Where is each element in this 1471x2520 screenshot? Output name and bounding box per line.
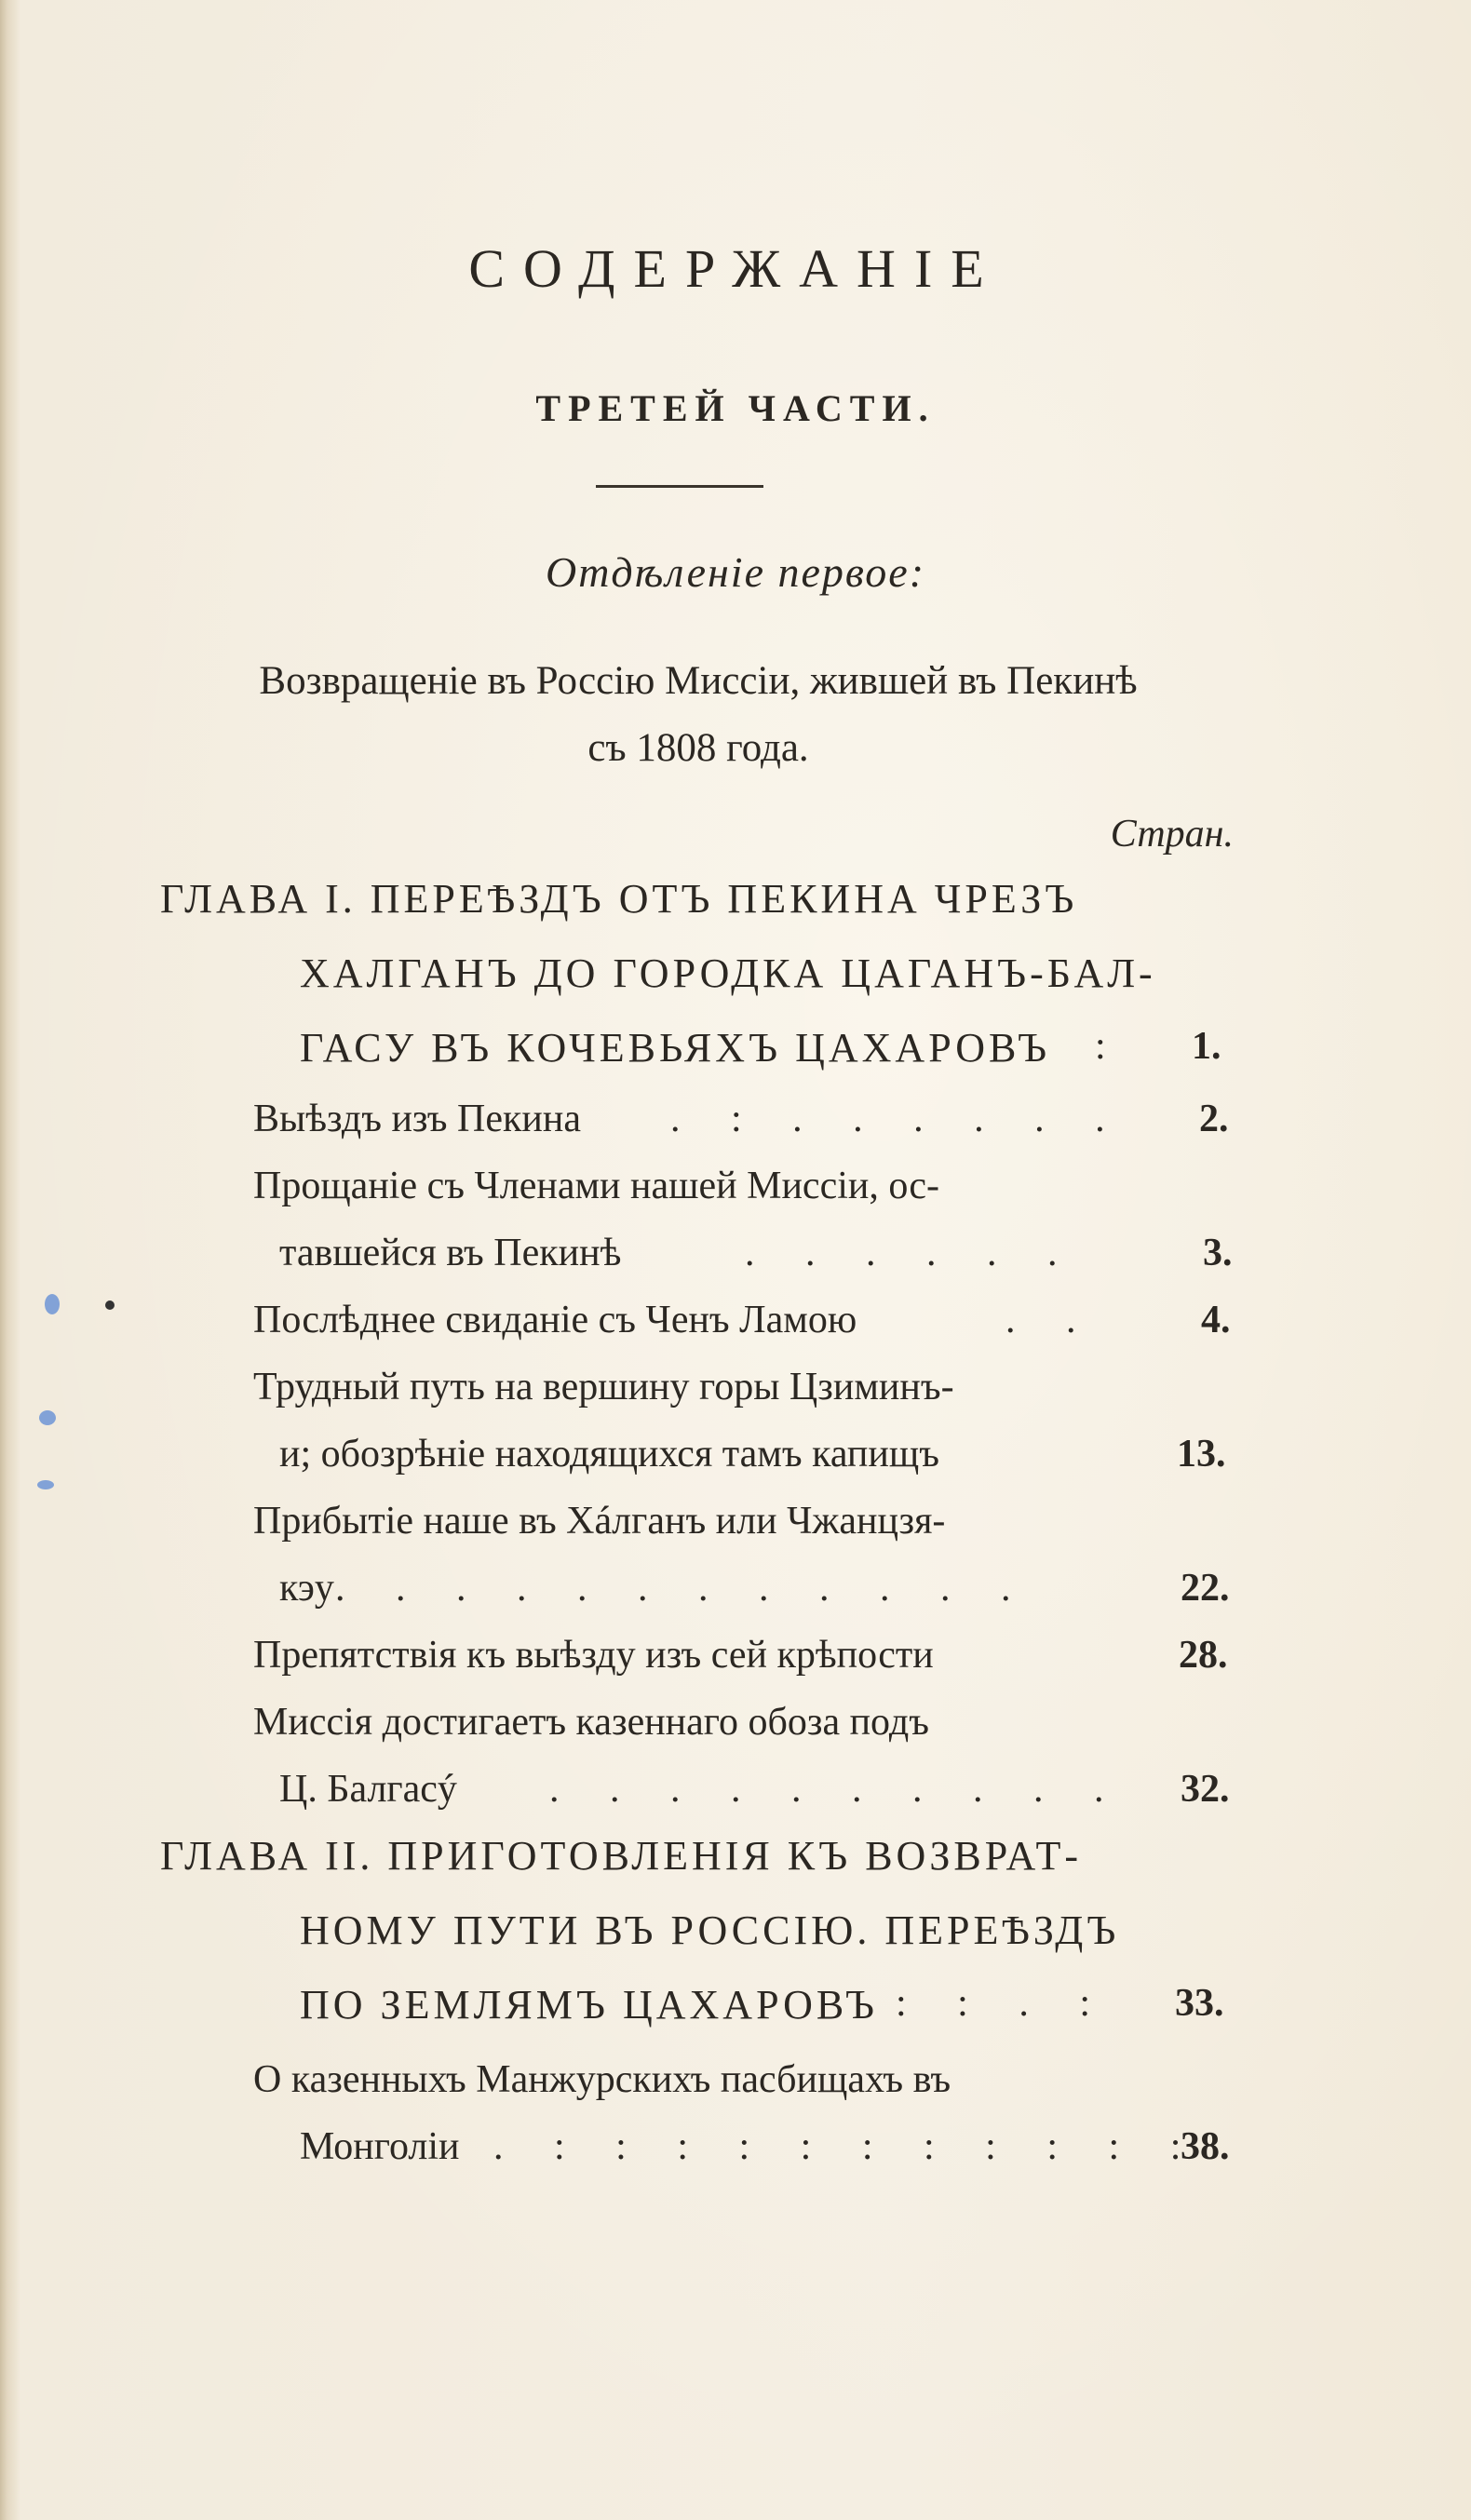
page-number: 38.	[1181, 2124, 1230, 2169]
toc-entry-continuation: и; обозрѣніе находящихся тамъ капищъ	[279, 1432, 939, 1476]
section-description-line: Возвращеніе въ Россію Миссіи, жившей въ …	[158, 648, 1238, 715]
ink-blot	[45, 1294, 60, 1314]
book-page: СОДЕРЖАНІЕ ТРЕТЕЙ ЧАСТИ. Отдѣленіе перво…	[0, 0, 1471, 2520]
page-number: 13.	[1177, 1432, 1226, 1476]
toc-entry[interactable]: Препятствія къ выѣзду изъ сей крѣпости	[253, 1633, 934, 1678]
toc-entry[interactable]: Послѣднее свиданіе съ Ченъ Ламою	[253, 1298, 857, 1342]
divider	[596, 485, 763, 488]
page-subtitle: ТРЕТЕЙ ЧАСТИ.	[0, 386, 1471, 430]
dot-leader: . . . . . .	[745, 1231, 1078, 1275]
dot-leader: . : : : : : : : : : : :	[493, 2124, 1201, 2169]
page-number: 4.	[1201, 1298, 1231, 1342]
page-number: 33.	[1175, 1981, 1224, 2026]
dot-leader: . .	[1005, 1298, 1097, 1342]
toc-chapter-1-line: ГАСУ ВЪ КОЧЕВЬЯХЪ ЦАХАРОВЪ	[300, 1024, 1050, 1071]
page-number: 32.	[1181, 1767, 1230, 1812]
toc-chapter-1-line: ХАЛГАНЪ ДО ГОРОДКА ЦАГАНЪ-БАЛ-	[300, 950, 1156, 997]
ink-blot	[39, 1410, 56, 1425]
toc-entry[interactable]: О казенныхъ Манжурскихъ пасбищахъ въ	[253, 2057, 951, 2102]
page-number: 22.	[1181, 1566, 1230, 1610]
toc-chapter-2-line: ПО ЗЕМЛЯМЪ ЦАХАРОВЪ	[300, 1981, 878, 2028]
toc-entry-continuation: Ц. Балгасý	[279, 1767, 457, 1812]
toc-entry-continuation: кэу	[279, 1566, 334, 1610]
page-column-label: Стран.	[1111, 812, 1234, 856]
toc-entry-continuation: тавшейся въ Пекинѣ	[279, 1231, 621, 1275]
toc-entry[interactable]: Прощаніе съ Членами нашей Миссіи, ос-	[253, 1164, 939, 1208]
toc-chapter-2-line[interactable]: ГЛАВА II. ПРИГОТОВЛЕНІЯ КЪ ВОЗВРАТ-	[160, 1832, 1082, 1880]
dot-leader: : : . :	[896, 1981, 1111, 2026]
dot-leader: . : . . . . . .	[670, 1097, 1126, 1141]
toc-entry[interactable]: Миссія достигаетъ казеннаго обоза подъ	[253, 1700, 929, 1745]
dot-leader: . . . . . . . . . .	[549, 1767, 1125, 1812]
dot-leader: . . . . . . . . . . . .	[335, 1566, 1032, 1610]
toc-entry[interactable]: Выѣздъ изъ Пекина	[253, 1097, 581, 1141]
toc-entry[interactable]: Трудный путь на вершину горы Цзиминъ-	[253, 1365, 954, 1409]
ink-blot	[37, 1480, 54, 1489]
dot-leader: :	[1095, 1024, 1106, 1069]
toc-entry-continuation: Монголіи	[300, 2124, 460, 2169]
page-title: СОДЕРЖАНІЕ	[0, 237, 1471, 300]
section-label: Отдѣленіе первое:	[0, 547, 1471, 597]
section-description: Возвращеніе въ Россію Миссіи, жившей въ …	[158, 648, 1238, 782]
page-number: 2.	[1199, 1097, 1229, 1141]
toc-chapter-1-line[interactable]: ГЛАВА I. ПЕРЕѢЗДЪ ОТЪ ПЕКИНА ЧРЕЗЪ	[160, 875, 1077, 923]
page-number: 3.	[1203, 1231, 1233, 1275]
section-description-line: съ 1808 года.	[158, 715, 1238, 782]
toc-entry[interactable]: Прибытіе наше въ Хáлганъ или Чжанцзя-	[253, 1499, 945, 1543]
toc-chapter-2-line: НОМУ ПУТИ ВЪ РОССІЮ. ПЕРЕѢЗДЪ	[300, 1907, 1119, 1954]
page-number: 1.	[1192, 1024, 1221, 1069]
page-number: 28.	[1179, 1633, 1228, 1678]
ink-dot	[105, 1300, 115, 1310]
